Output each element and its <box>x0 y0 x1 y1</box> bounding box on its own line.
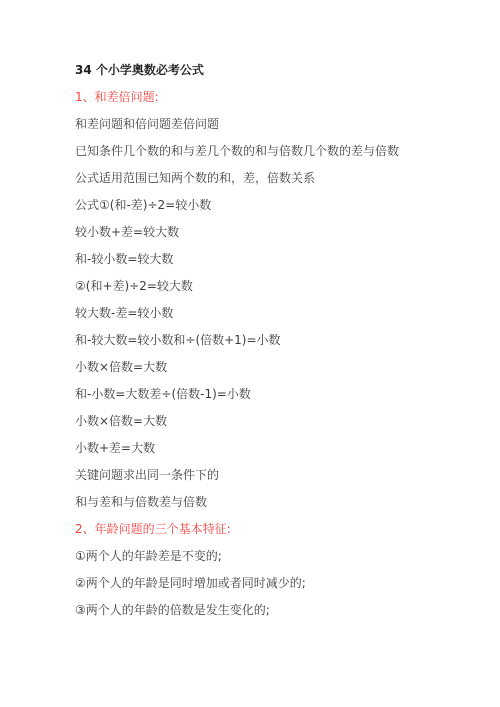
text-line: 公式①(和-差)÷2=较小数 <box>75 197 460 213</box>
text-line: 和-小数=大数差÷(倍数-1)=小数 <box>75 386 460 402</box>
text-line: 和-较大数=较小数和÷(倍数+1)=小数 <box>75 332 460 348</box>
text-line: 小数+差=大数 <box>75 440 460 456</box>
text-line: ②(和+差)÷2=较大数 <box>75 278 460 294</box>
text-line: 已知条件几个数的和与差几个数的和与倍数几个数的差与倍数 <box>75 143 460 159</box>
text-line: ①两个人的年龄差是不变的; <box>75 548 460 564</box>
text-line: ②两个人的年龄是同时增加或者同时减少的; <box>75 575 460 591</box>
section-heading: 1、和差倍问题: <box>75 89 460 105</box>
text-line: 较小数+差=较大数 <box>75 224 460 240</box>
text-line: 和差问题和倍问题差倍问题 <box>75 116 460 132</box>
text-line: ③两个人的年龄的倍数是发生变化的; <box>75 602 460 618</box>
document-page: 34 个小学奥数必考公式1、和差倍问题:和差问题和倍问题差倍问题已知条件几个数的… <box>0 0 500 707</box>
section-heading: 2、年龄问题的三个基本特征: <box>75 521 460 537</box>
text-line: 小数×倍数=大数 <box>75 359 460 375</box>
text-line: 小数×倍数=大数 <box>75 413 460 429</box>
text-line: 和-较小数=较大数 <box>75 251 460 267</box>
text-line: 关键问题求出同一条件下的 <box>75 467 460 483</box>
text-line: 公式适用范围已知两个数的和，差，倍数关系 <box>75 170 460 186</box>
document-title: 34 个小学奥数必考公式 <box>75 62 460 78</box>
text-line: 较大数-差=较小数 <box>75 305 460 321</box>
text-line: 和与差和与倍数差与倍数 <box>75 494 460 510</box>
